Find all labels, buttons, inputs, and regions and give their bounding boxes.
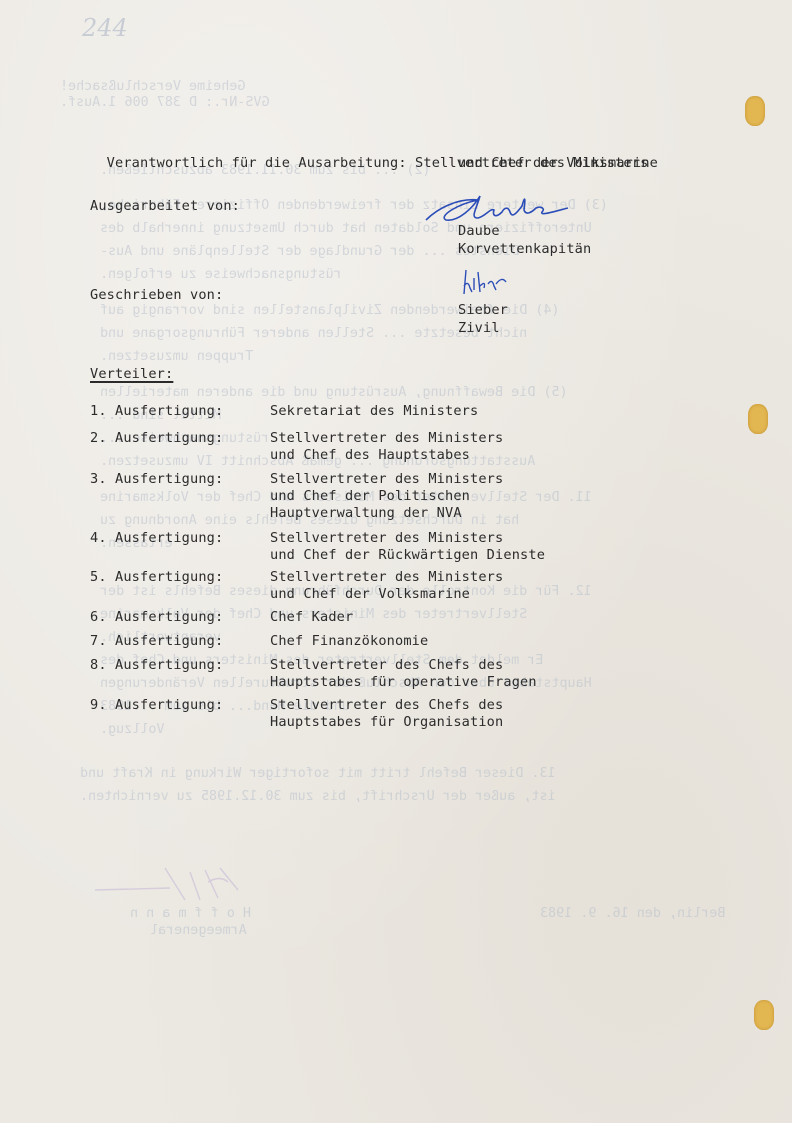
- copy-number: 1. Ausfertigung:: [90, 403, 270, 420]
- bleed-line: ist, außer der Urschrift, bis zum 30.12.…: [80, 788, 556, 805]
- recipient: Chef Kader: [270, 609, 353, 626]
- distribution-item: 5. Ausfertigung: Stellvertreter des Mini…: [90, 569, 270, 586]
- bleed-line: Dienstes ... der Grundlage der Stellenpl…: [100, 243, 519, 260]
- recipient: Sekretariat des Ministers: [270, 403, 478, 420]
- written-by-label: Geschrieben von:: [90, 287, 223, 304]
- bleed-signature-icon: [90, 860, 250, 910]
- bleed-line: 13. Dieser Befehl tritt mit sofortiger W…: [80, 765, 556, 782]
- distribution-item: 9. Ausfertigung: Stellvertreter des Chef…: [90, 697, 270, 714]
- distribution-item: 1. Ausfertigung: Sekretariat des Ministe…: [90, 403, 270, 420]
- prepared-by-rank: Korvettenkapitän: [458, 241, 591, 258]
- prepared-by-label: Ausgearbeitet von:: [90, 198, 240, 215]
- bleed-line: rüstungsnachweise zu erfolgen.: [100, 266, 342, 283]
- copy-number: 6. Ausfertigung:: [90, 609, 270, 626]
- distribution-item: 3. Ausfertigung: Stellvertreter des Mini…: [90, 471, 270, 488]
- copy-number: 4. Ausfertigung:: [90, 530, 270, 547]
- distribution-item: 6. Ausfertigung: Chef Kader: [90, 609, 270, 626]
- binder-ring-mark: [748, 404, 768, 434]
- distribution-item: 2. Ausfertigung: Stellvertreter des Mini…: [90, 430, 270, 447]
- responsibility-label-text: Verantwortlich für die Ausarbeitung:: [107, 155, 407, 171]
- prepared-by-name: Daube: [458, 223, 500, 240]
- bleed-place-date: Berlin, den 16. 9. 1983: [540, 905, 725, 922]
- bleed-line: Truppen umzusetzen.: [100, 348, 253, 365]
- bleed-signer-rank: Armeegeneral: [150, 922, 247, 939]
- responsibility-value-line2: und Chef der Volksmarine: [458, 155, 658, 172]
- recipient: Chef Finanzökonomie: [270, 633, 428, 650]
- copy-number: 5. Ausfertigung:: [90, 569, 270, 586]
- distribution-item: 8. Ausfertigung: Stellvertreter des Chef…: [90, 657, 270, 674]
- copy-number: 7. Ausfertigung:: [90, 633, 270, 650]
- recipient: Stellvertreter des Chefs des Hauptstabes…: [270, 657, 537, 691]
- recipient: Stellvertreter des Chefs des Hauptstabes…: [270, 697, 503, 731]
- copy-number: 9. Ausfertigung:: [90, 697, 270, 714]
- distribution-item: 4. Ausfertigung: Stellvertreter des Mini…: [90, 530, 270, 547]
- distribution-item: 7. Ausfertigung: Chef Finanzökonomie: [90, 633, 270, 650]
- bleed-line: Vollzug.: [100, 721, 165, 738]
- recipient: Stellvertreter des Ministers und Chef de…: [270, 471, 503, 522]
- distribution-heading: Verteiler:: [90, 366, 173, 383]
- recipient: Stellvertreter des Ministers und Chef de…: [270, 569, 503, 603]
- copy-number: 3. Ausfertigung:: [90, 471, 270, 488]
- binder-ring-mark: [754, 1000, 774, 1030]
- signature-daube-icon: [418, 190, 588, 230]
- bleed-classification-line1: Geheime Verschlußsache!: [60, 78, 245, 95]
- archive-page-number: 244: [82, 14, 128, 42]
- recipient: Stellvertreter des Ministers und Chef de…: [270, 530, 545, 564]
- copy-number: 8. Ausfertigung:: [90, 657, 270, 674]
- copy-number: 2. Ausfertigung:: [90, 430, 270, 447]
- bleed-classification-line2: GVS-Nr.: D 387 006 1.Ausf.: [60, 94, 270, 111]
- written-by-rank: Zivil: [458, 320, 500, 337]
- binder-ring-mark: [745, 96, 765, 126]
- written-by-name: Sieber: [458, 302, 508, 319]
- bleed-line: (5) Die Bewaffnung, Ausrüstung und die a…: [100, 384, 568, 401]
- recipient: Stellvertreter des Ministers und Chef de…: [270, 430, 503, 464]
- signature-sieber-icon: [460, 266, 520, 298]
